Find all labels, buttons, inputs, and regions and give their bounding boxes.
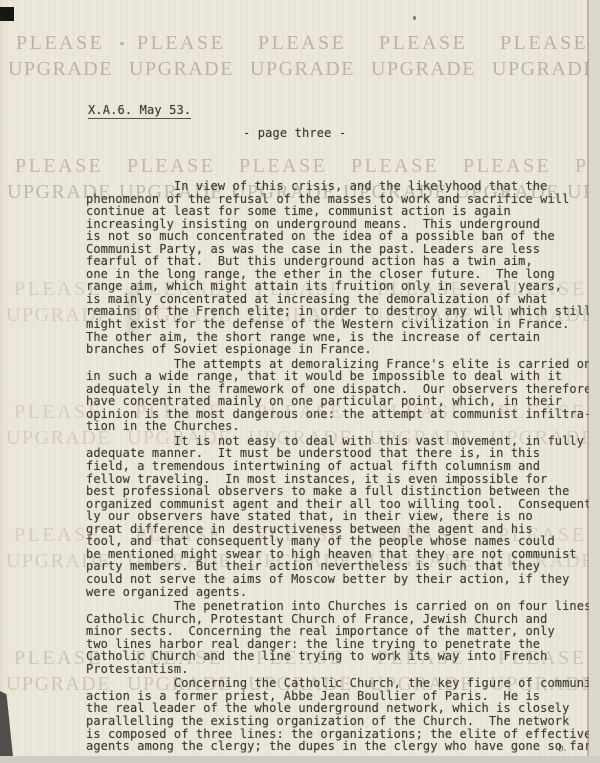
text-line: fearful of that. But this underground ac… [86, 255, 600, 268]
text-line: could not serve the aims of Moscow bette… [86, 573, 600, 586]
text-line: field, a tremendous intertwining of actu… [86, 460, 600, 473]
scan-torn-edge-artifact [0, 691, 13, 757]
text-line: have concentrated mainly on one particul… [86, 395, 600, 408]
watermark-word-please: PLEASE [15, 156, 103, 176]
watermark-word-please: PLEASE [463, 156, 551, 176]
text-line: tool, and that consequently many of the … [86, 535, 600, 548]
watermark-word-please: PLEASE [127, 156, 215, 176]
document-body: In view of this crisis, and the likelyho… [86, 180, 600, 753]
watermark-word-upgrade: UPGRADE [492, 59, 597, 79]
watermark-word-upgrade: UPGRADE [371, 59, 476, 79]
text-line: tion in the Churches. [86, 420, 600, 433]
paper-speck [120, 42, 124, 45]
paragraph: Concerning the Catholic Church, the key … [86, 677, 600, 752]
watermark-word-please: PLEASE [16, 33, 104, 53]
scanner-bed-bottom-strip [0, 756, 600, 763]
paper-speck [413, 16, 416, 20]
text-line: Catholic Church and the line trying to w… [86, 650, 600, 663]
page-number-label: - page three - [243, 126, 346, 140]
text-line: minor sects. Concerning the real importa… [86, 625, 600, 638]
text-line: branches of Soviet espionage in France. [86, 343, 600, 356]
text-line: best professional observers to make a fu… [86, 485, 600, 498]
paragraph: In view of this crisis, and the likelyho… [86, 180, 600, 356]
watermark-word-please: PLEASE [575, 156, 600, 176]
scan-corner-artifact [0, 7, 14, 21]
scanned-document-page: PLEASEUPGRADEPLEASEUPGRADEPLEASEUPGRADEP… [0, 0, 600, 763]
watermark-word-please: PLEASE [258, 33, 346, 53]
watermark-word-please: PLEASE [379, 33, 467, 53]
doc-reference: X.A.6. May 53. [88, 103, 191, 119]
watermark-word-upgrade: UPGRADE [250, 59, 355, 79]
watermark-word-please: PLEASE [137, 33, 225, 53]
text-line: might exist for the defense of the Weste… [86, 318, 600, 331]
text-line: is not so much concentrated on the idea … [86, 230, 600, 243]
watermark-word-upgrade: UPGRADE [8, 59, 113, 79]
text-line: The penetration into Churches is carried… [86, 600, 600, 613]
text-line: Concerning the Catholic Church, the key … [86, 677, 600, 690]
text-line: ly our observers have stated that, in th… [86, 510, 600, 523]
text-line: parallelling the existing organization o… [86, 715, 600, 728]
text-line: Protestantism. [86, 663, 600, 676]
paragraph: The penetration into Churches is carried… [86, 600, 600, 675]
text-line: In view of this crisis, and the likelyho… [86, 180, 600, 193]
watermark-word-please: PLEASE [500, 33, 588, 53]
text-line: in such a wide range, that it would be i… [86, 370, 600, 383]
watermark-word-upgrade: UPGRADE [129, 59, 234, 79]
text-line: continue at least for some time, communi… [86, 205, 600, 218]
text-line: were organized agents. [86, 586, 600, 599]
watermark-word-please: PLEASE [239, 156, 327, 176]
watermark-word-please: PLEASE [351, 156, 439, 176]
paragraph: It is not easy to deal with this vast mo… [86, 435, 600, 598]
paragraph: The attempts at demoralizing France's el… [86, 358, 600, 433]
text-line: agents among the clergy; the dupes in th… [86, 740, 600, 753]
